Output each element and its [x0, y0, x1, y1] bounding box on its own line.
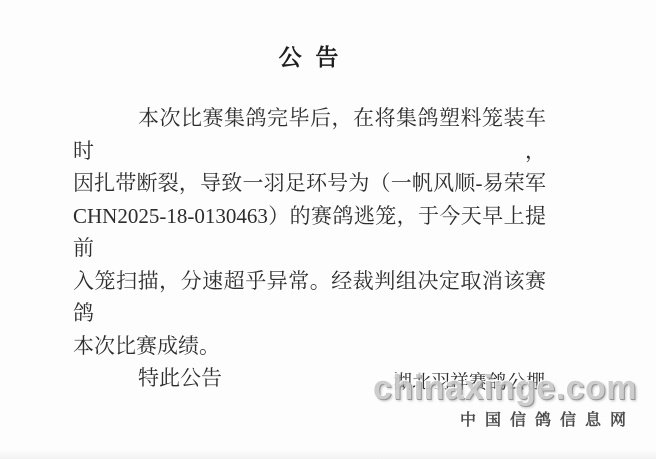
watermark-site-name: 中国信鸽信息网 [373, 407, 635, 430]
notice-body: 本次比赛集鸽完毕后，在将集鸽塑料笼装车时， 因扎带断裂，导致一羽足环号为（一帆风… [73, 102, 546, 395]
chinaxinge-watermark: chinaxinge.com 中国信鸽信息网 [373, 371, 637, 430]
body-line-1: 本次比赛集鸽完毕后，在将集鸽塑料笼装车时， [73, 102, 546, 167]
body-line-3: CHN2025-18-0130463）的赛鸽逃笼，于今天早上提前 [73, 200, 546, 265]
photo-bottom-shadow [0, 449, 656, 459]
notice-title: 公 告 [73, 42, 545, 74]
body-line-4: 入笼扫描，分速超乎异常。经裁判组决定取消该赛鸽 [73, 265, 546, 330]
body-line-2: 因扎带断裂，导致一羽足环号为（一帆风顺-易荣军 [73, 167, 546, 200]
body-line-5: 本次比赛成绩。 [73, 330, 546, 363]
watermark-site-url: chinaxinge.com [373, 371, 637, 405]
announcement-document: 公 告 本次比赛集鸽完毕后，在将集鸽塑料笼装车时， 因扎带断裂，导致一羽足环号为… [0, 0, 656, 459]
